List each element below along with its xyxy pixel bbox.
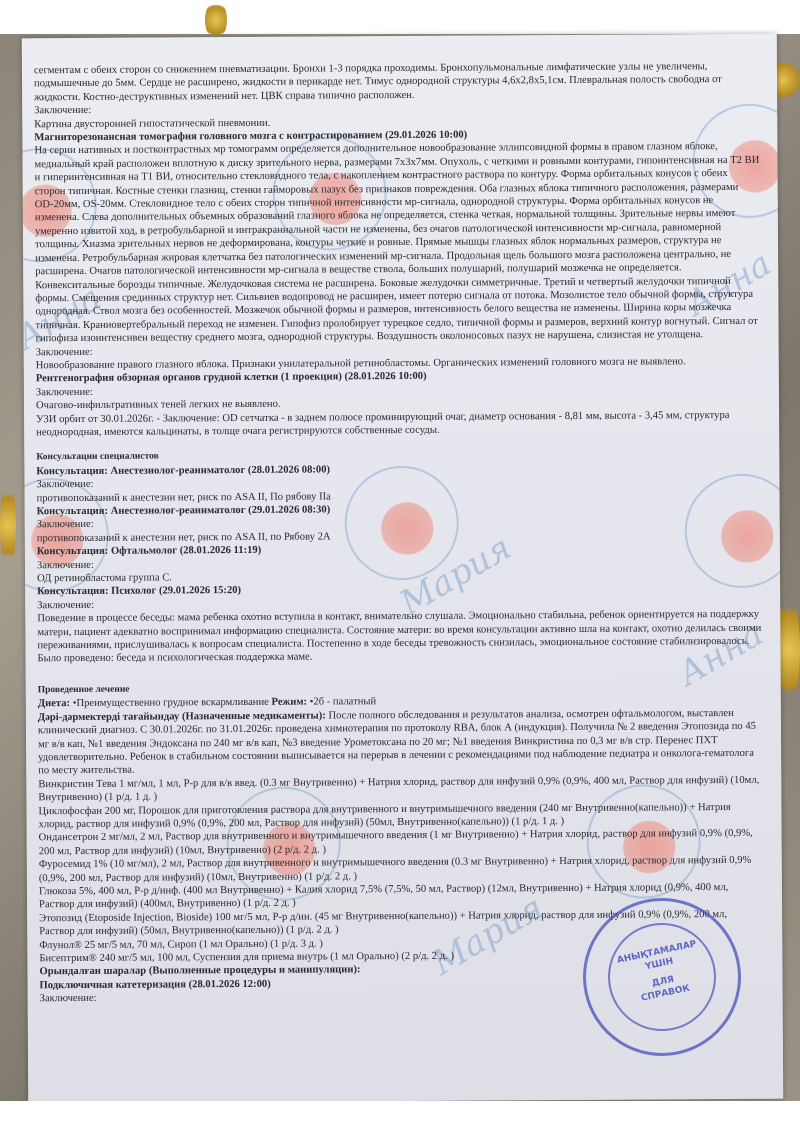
diet-label: Диета: bbox=[38, 698, 70, 709]
bottom-white-border bbox=[0, 1101, 800, 1131]
consultation-conclusion: Поведение в процессе беседы: мама ребенк… bbox=[37, 608, 762, 666]
diet-value: •Преимущественно грудное вскармливание bbox=[70, 697, 271, 709]
mri-findings: На серии нативных и постконтрастных мр т… bbox=[34, 140, 760, 346]
medications-label: Дәрі-дәрмектерді тағайындау (Назначенные… bbox=[38, 710, 326, 723]
regime-value: •2б - палатный bbox=[307, 696, 376, 707]
tinsel-decoration bbox=[205, 0, 227, 40]
consultation-item: Консультация: Офтальмолог (28.01.2026 11… bbox=[37, 541, 762, 586]
top-white-border bbox=[0, 0, 800, 34]
regime-label: Режим: bbox=[271, 697, 307, 708]
ct-findings-text: сегментам с обеих сторон со снижением пн… bbox=[34, 60, 759, 105]
consultation-item: Консультация: Психолог (29.01.2026 15:20… bbox=[37, 581, 762, 666]
tinsel-decoration bbox=[0, 480, 16, 570]
consultation-item: Консультация: Анестезиолог-реаниматолог … bbox=[37, 501, 762, 546]
document-body: сегментам с обеих сторон со снижением пн… bbox=[34, 60, 765, 1006]
consultation-item: Консультация: Анестезиолог-реаниматолог … bbox=[36, 461, 761, 506]
stamp-inner-ring: АНЫҚТАМАЛАР ҮШІН ДЛЯ СПРАВОК bbox=[598, 913, 726, 1041]
medications-summary: Дәрі-дәрмектерді тағайындау (Назначенные… bbox=[38, 706, 763, 777]
